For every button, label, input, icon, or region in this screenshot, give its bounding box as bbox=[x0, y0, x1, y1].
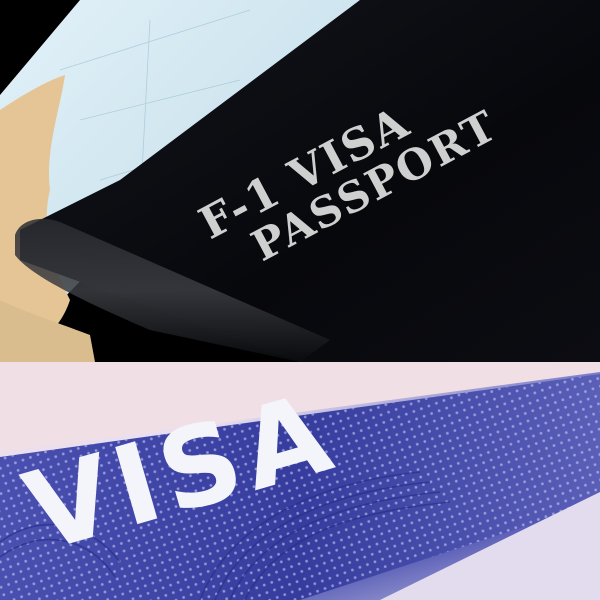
visa-scene: VISA bbox=[0, 362, 600, 600]
passport-photo: F-1 VISA PASSPORT bbox=[0, 0, 600, 362]
passport-scene: F-1 VISA PASSPORT bbox=[0, 0, 600, 362]
visa-photo: VISA bbox=[0, 362, 600, 600]
photo-canvas: F-1 VISA PASSPORT bbox=[0, 0, 600, 600]
